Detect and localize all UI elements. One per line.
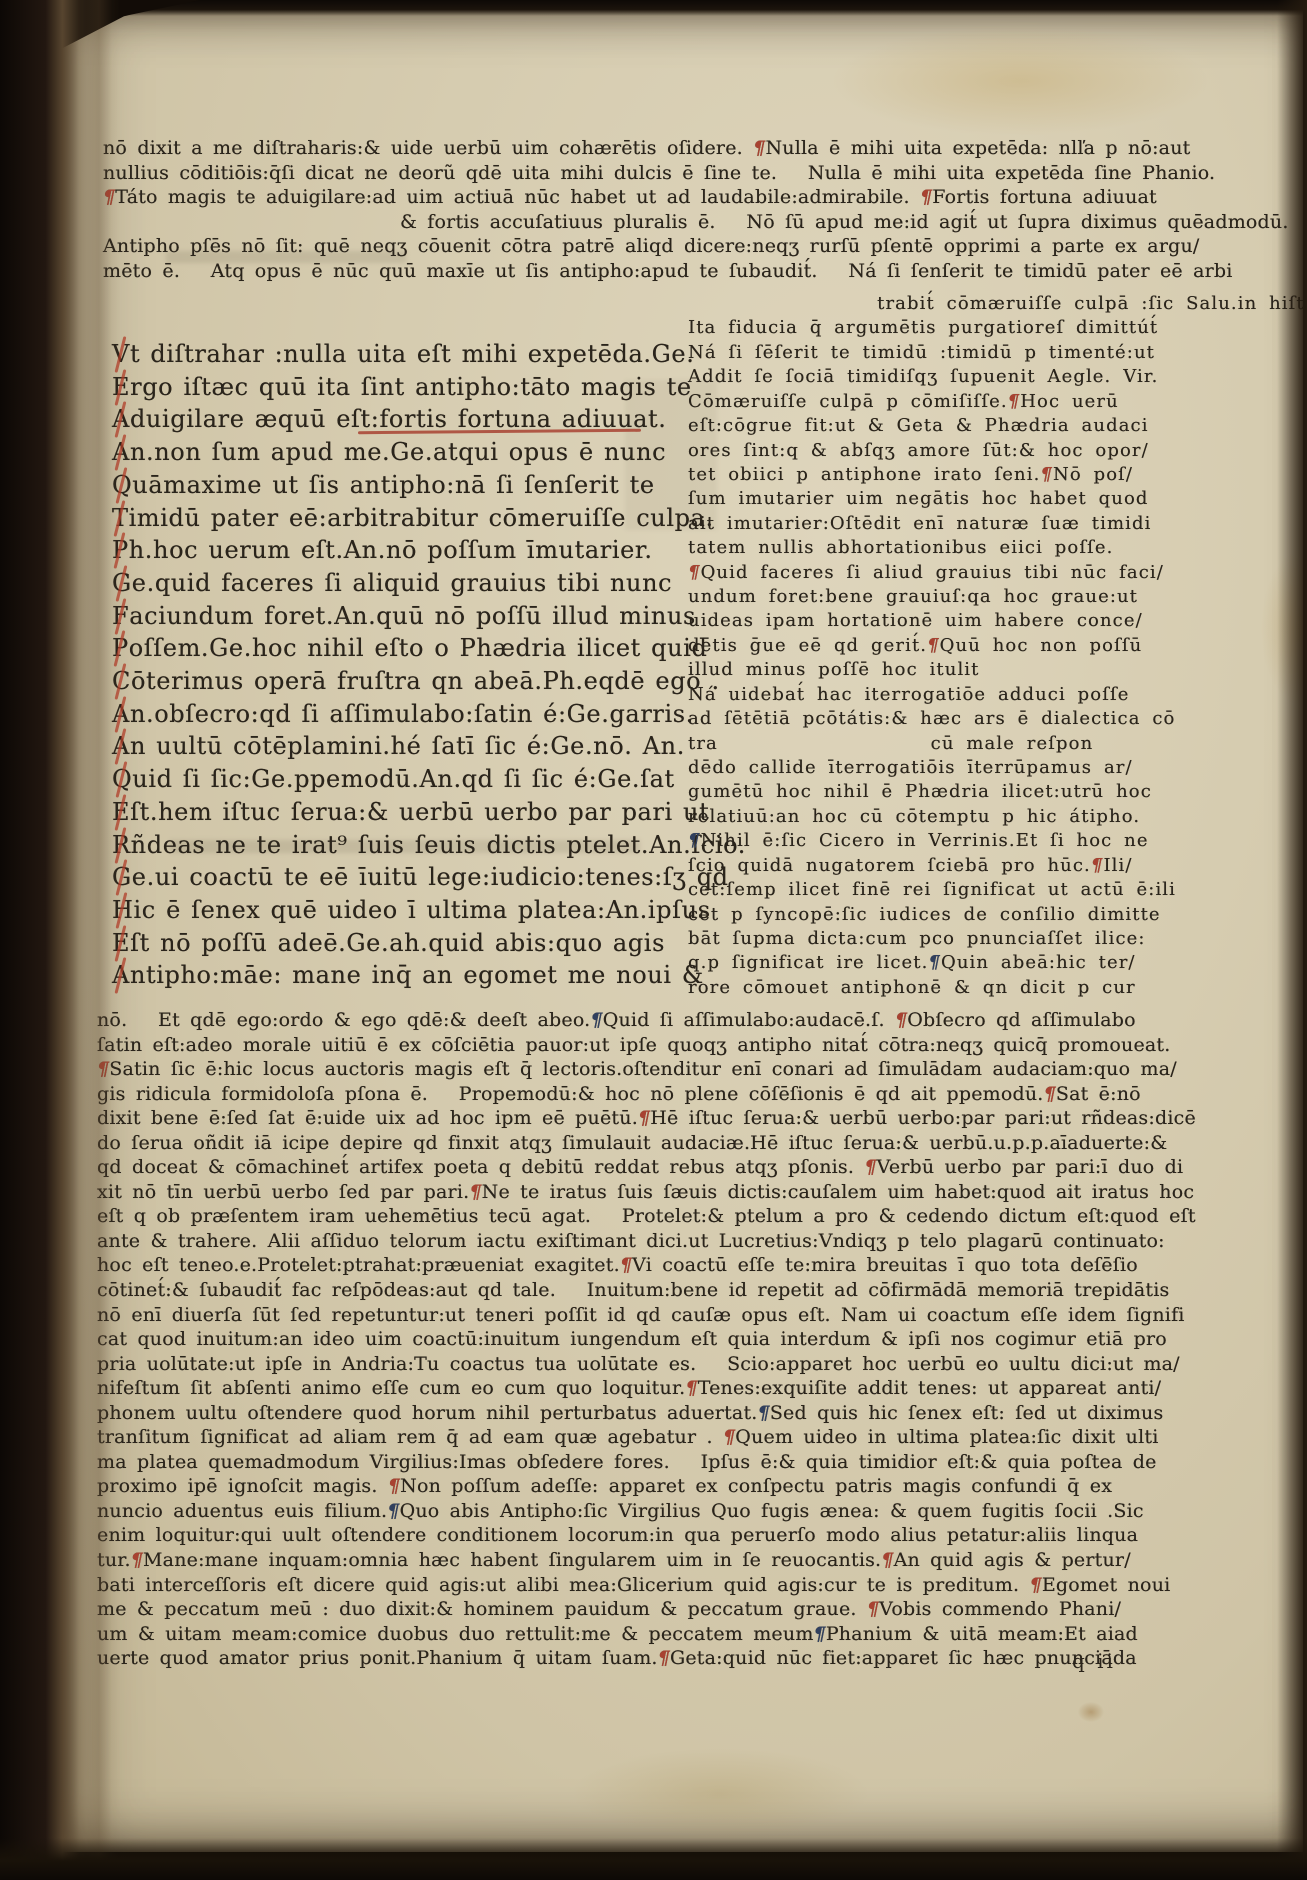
pilcrow-red: ¶ (927, 635, 940, 656)
paper-stain (570, 1748, 870, 1838)
text-line: tatem nullis abhortationibus eiici poſſe… (688, 536, 1223, 560)
text-line: undum foret:bene grauiuſ:qa hoc graue:ut (688, 585, 1223, 609)
text-line: nō enī diuerſa ſūt ſed repetuntur:ut ten… (97, 1303, 1227, 1328)
text-line: Ge.quid faceres ſi aliquid grauius tibi … (112, 567, 697, 600)
text-line: tet obiici p antiphone irato ſeni.¶Nō po… (688, 463, 1223, 487)
text-line: Poſſem.Ge.hoc nihil eſto o Phædria ilice… (112, 632, 697, 665)
text-line: cōtinet́:& ſubaudit́ fac reſpōdeas:aut q… (97, 1278, 1227, 1303)
text-line: Quid ſi ſic:Ge.ppemodū.An.qd ſi ſic é:Ge… (112, 763, 697, 796)
rubricated-initial: Q (112, 763, 132, 796)
text-line: An.obſecro:qd ſi aſſimulabo:ſatin é:Ge.g… (112, 698, 697, 731)
text-line: nō. Et qdē ego:ordo & ego qdē:& deeſt ab… (97, 1008, 1227, 1033)
pilcrow-red: ¶ (753, 137, 765, 159)
rubricated-initial: T (112, 502, 129, 535)
pilcrow-red: ¶ (920, 186, 932, 208)
text-line: Faciundum foret.An.quū nō poſſū illud mi… (112, 600, 697, 633)
foxing-spot (1078, 1702, 1104, 1722)
pilcrow-red: ¶ (103, 186, 115, 208)
pilcrow-red: ¶ (1044, 1083, 1056, 1105)
text-line: ¶Satin ſic ē:hic locus auctoris magis eſ… (97, 1057, 1227, 1082)
text-line: nullius cōditiōis:q̄ſi dicat ne deorũ qd… (103, 161, 1228, 186)
rubricated-initial: E (112, 927, 130, 960)
text-line: enim loquitur:qui uult oſtendere conditi… (97, 1523, 1227, 1548)
rubricated-initial: Q (112, 469, 132, 502)
text-line: rore cōmouet antiphonē & qn dicit p cur (688, 976, 1223, 1000)
pilcrow-red: ¶ (97, 1058, 109, 1080)
pilcrow-blue: ¶ (590, 1009, 602, 1031)
text-line: ores ſint:q & abſqʒ amore ſūt:& hoc opor… (688, 439, 1223, 463)
text-line: ¶Nihil ē:ſic Cicero in Verrinis.Et ſi ho… (688, 829, 1223, 853)
text-line: mēto ē. Atq opus ē nūc quū maxīe ut ſis … (103, 259, 1228, 284)
pilcrow-blue: ¶ (387, 1500, 399, 1522)
pilcrow-blue: ¶ (688, 830, 701, 851)
text-line: ¶Quid faceres ſi aliud grauius tibi nūc … (688, 561, 1223, 585)
text-line: proximo ipē ignoſcit magis. ¶Non poſſum … (97, 1474, 1227, 1499)
text-line: Antipho:māe: mane inq̄ an egomet me noui… (112, 959, 697, 992)
text-line: q.p ſignificat ire licet.¶Quin abeā:hic … (688, 951, 1223, 975)
text-line: tra cū male reſpon (688, 732, 1223, 756)
text-line: ma platea quemadmodum Virgilius:Imas obſ… (97, 1450, 1227, 1475)
rubricated-initial: P (112, 632, 129, 665)
text-line: gumētū hoc nihil ē Phædria ilicet:utrū h… (688, 780, 1223, 804)
text-line: dixit bene ē:ſed ſat ē:uide uix ad hoc i… (97, 1106, 1227, 1131)
text-line: Ná ſi ſēſerit te timidū :timidū p timent… (688, 341, 1223, 365)
pilcrow-red: ¶ (1008, 391, 1021, 412)
text-line: Ná uidebat́ hac iterrogatiōe adduci poſſ… (688, 683, 1223, 707)
pilcrow-red: ¶ (881, 1549, 893, 1571)
pilcrow-red: ¶ (131, 1549, 143, 1571)
text-line: Eſt.hem iſtuc ſerua:& uerbū uerbo par pa… (112, 796, 697, 829)
text-line: Antipho pſēs nō ſit: quē neqʒ cōuenit cō… (103, 234, 1228, 259)
text-line: ait imutarier:Oſtēdit enī naturæ ſuæ tim… (688, 512, 1223, 536)
rubricated-initial: A (112, 959, 130, 992)
rubricated-initial: A (112, 698, 130, 731)
text-line: pria uolūtate:ut ipſe in Andria:Tu coact… (97, 1352, 1227, 1377)
text-line: trabit́ cōmæruiſſe culpā :ſic Salu.in hi… (688, 292, 1223, 316)
text-line: nuncio aduentus euis filium.¶Quo abis An… (97, 1499, 1227, 1524)
pilcrow-red: ¶ (1030, 1574, 1042, 1596)
text-line: eſt q ob præſentem iram uehemētius tecū … (97, 1204, 1227, 1229)
text-line: gis ridicula formidoloſa pſona ē. Propem… (97, 1082, 1227, 1107)
text-line: um & uitam meam:comice duobus duo rettul… (97, 1622, 1227, 1647)
text-line: hoc eſt teneo.e.Protelet:ptrahat:præueni… (97, 1253, 1227, 1278)
text-line: Cōmæruiſſe culpā p cōmiſiſſe.¶Hoc uerū (688, 390, 1223, 414)
rubricated-initial: F (112, 600, 129, 633)
text-line: ad ſētētiā pcōtátis:& hæc ars ē dialecti… (688, 707, 1223, 731)
verse-text-block: Vt diſtrahar :nulla uita eſt mihi expetē… (112, 338, 697, 992)
pilcrow-red: ¶ (469, 1181, 481, 1203)
pilcrow-red: ¶ (688, 562, 701, 583)
text-line: nō dixit a me diſtraharis:& uide uerbū u… (103, 136, 1228, 161)
paper-stain (830, 26, 1210, 136)
text-line: Quāmaxime ut ſis antipho:nā ſi ſenſerit … (112, 469, 697, 502)
rubricated-initial: V (112, 338, 130, 371)
rubricated-initial: A (112, 730, 130, 763)
text-line: me & peccatum meū : duo dixit:& hominem … (97, 1597, 1227, 1622)
pilcrow-red: ¶ (864, 1156, 876, 1178)
text-line: Hic ē ſenex quē uideo ī ultima platea:An… (112, 894, 697, 927)
rubricated-initial: G (112, 567, 132, 600)
pilcrow-red: ¶ (620, 1254, 632, 1276)
text-line: qd doceat & cōmachinet́ artifex poeta q … (97, 1155, 1227, 1180)
text-line: cet p ſyncopē:ſic iudices de conſilio di… (688, 903, 1223, 927)
paper-stain (1260, 548, 1303, 708)
text-line: ſcio quidā nugatorem ſciebā pro hūc.¶Ili… (688, 854, 1223, 878)
pilcrow-red: ¶ (1091, 855, 1104, 876)
pilcrow-red: ¶ (685, 1377, 697, 1399)
text-line: Ergo iſtæc quū ita ſint antipho:tāto mag… (112, 371, 697, 404)
text-line: ¶Táto magis te aduigilare:ad uim actiuā … (103, 185, 1228, 210)
text-line: Timidū pater eē:arbitrabitur cōmeruiſſe … (112, 502, 697, 535)
pilcrow-blue: ¶ (928, 952, 941, 973)
pilcrow-red: ¶ (388, 1475, 400, 1497)
pilcrow-red: ¶ (658, 1647, 670, 1669)
text-line: dēdo callide īterrogatiōis īterrūpamus a… (688, 756, 1223, 780)
rubricated-initial: E (112, 371, 130, 404)
text-line: relatiuū:an hoc cū cōtemptu p hic átipho… (688, 805, 1223, 829)
bottom-commentary-block: nō. Et qdē ego:ordo & ego qdē:& deeſt ab… (97, 1008, 1227, 1671)
pilcrow-red: ¶ (723, 1426, 735, 1448)
rubricated-initial: R (112, 829, 131, 862)
text-line: illud minus poſſē hoc itulit (688, 658, 1223, 682)
rubricated-initial: H (112, 894, 134, 927)
text-line: eſt:cōgrue fit:ut & Geta & Phædria audac… (688, 414, 1223, 438)
text-line: tur.¶Mane:mane inquam:omnia hæc habent ſ… (97, 1548, 1227, 1573)
text-line: cet:ſemp ilicet finē rei ſignificat ut a… (688, 878, 1223, 902)
top-commentary-block: nō dixit a me diſtraharis:& uide uerbū u… (103, 136, 1228, 283)
text-line: Rñdeas ne te irat⁹ ſuis ſeuis dictis pte… (112, 829, 697, 862)
text-line: bāt ſupma dicta:cum pco pnunciaſſet ilic… (688, 927, 1223, 951)
text-line: Eſt nō poſſū adeē.Ge.ah.quid abis:quo ag… (112, 927, 697, 960)
pilcrow-blue: ¶ (758, 1402, 770, 1424)
text-line: Addit ſe ſociā timidiſqʒ ſupuenit Aegle.… (688, 365, 1223, 389)
pilcrow-red: ¶ (867, 1598, 879, 1620)
rubricated-initial: C (112, 665, 131, 698)
text-line: phonem uultu oſtendere quod horum nihil … (97, 1401, 1227, 1426)
rubricated-initial: A (112, 436, 130, 469)
text-line: Vt diſtrahar :nulla uita eſt mihi expetē… (112, 338, 697, 371)
pilcrow-red: ¶ (1040, 464, 1053, 485)
text-line: dētis ḡue eē qd gerit́.¶Quū hoc non poſſ… (688, 634, 1223, 658)
pilcrow-red: ¶ (638, 1107, 650, 1129)
pilcrow-red: ¶ (895, 1009, 907, 1031)
text-line: ſatin eſt:adeo morale uitiū ē ex cōſciēt… (97, 1033, 1227, 1058)
pilcrow-blue: ¶ (814, 1623, 826, 1645)
text-line: nifeſtum ſit abſenti animo eſſe cum eo c… (97, 1376, 1227, 1401)
text-line: An.non ſum apud me.Ge.atqui opus ē nunc (112, 436, 697, 469)
rubricated-initial: A (112, 403, 130, 436)
text-line: uerte quod amator prius ponit.Phanium q̄… (97, 1646, 1227, 1671)
text-line: do ſerua oñdit iā icipe depire qd finxit… (97, 1131, 1227, 1156)
text-line: An uultū cōtēplamini.hé ſatī ſic é:Ge.nō… (112, 730, 697, 763)
text-line: Cōterimus operā fruſtra qn abeā.Ph.eqdē … (112, 665, 697, 698)
text-line: uideas ipam hortationē uim habere conce/ (688, 609, 1223, 633)
text-line: tranſitum ſignificat ad aliam rem q̄ ad … (97, 1425, 1227, 1450)
text-line: cat quod inuitum:an ideo uim coactū:inui… (97, 1327, 1227, 1352)
text-line: Ita fiducia q̄ argumētis purgatioreſ dim… (688, 316, 1223, 340)
rubricated-initial: E (112, 796, 130, 829)
side-commentary-block: trabit́ cōmæruiſſe culpā :ſic Salu.in hi… (688, 292, 1223, 1000)
text-line: ante & trahere. Alii aſſiduo telorum iac… (97, 1229, 1227, 1254)
rubricated-initial: P (112, 534, 129, 567)
text-line: Ph.hoc uerum eſt.An.nō poſſum īmutarier. (112, 534, 697, 567)
scanned-book-page: nō dixit a me diſtraharis:& uide uerbū u… (0, 0, 1307, 1880)
text-line: & fortis accuſatiuus pluralis ē. Nō ſū a… (103, 210, 1228, 235)
rubricated-initial: G (112, 861, 132, 894)
text-line: Ge.ui coactū te eē īuitū lege:iudicio:te… (112, 861, 697, 894)
text-line: xit nō tīn uerbū uerbo ſed par pari.¶Ne … (97, 1180, 1227, 1205)
text-line: ſum imutarier uim negātis hoc habet quod (688, 487, 1223, 511)
text-line: bati interceſſoris eſt dicere quid agis:… (97, 1573, 1227, 1598)
quire-signature: q ii (1072, 1649, 1116, 1673)
